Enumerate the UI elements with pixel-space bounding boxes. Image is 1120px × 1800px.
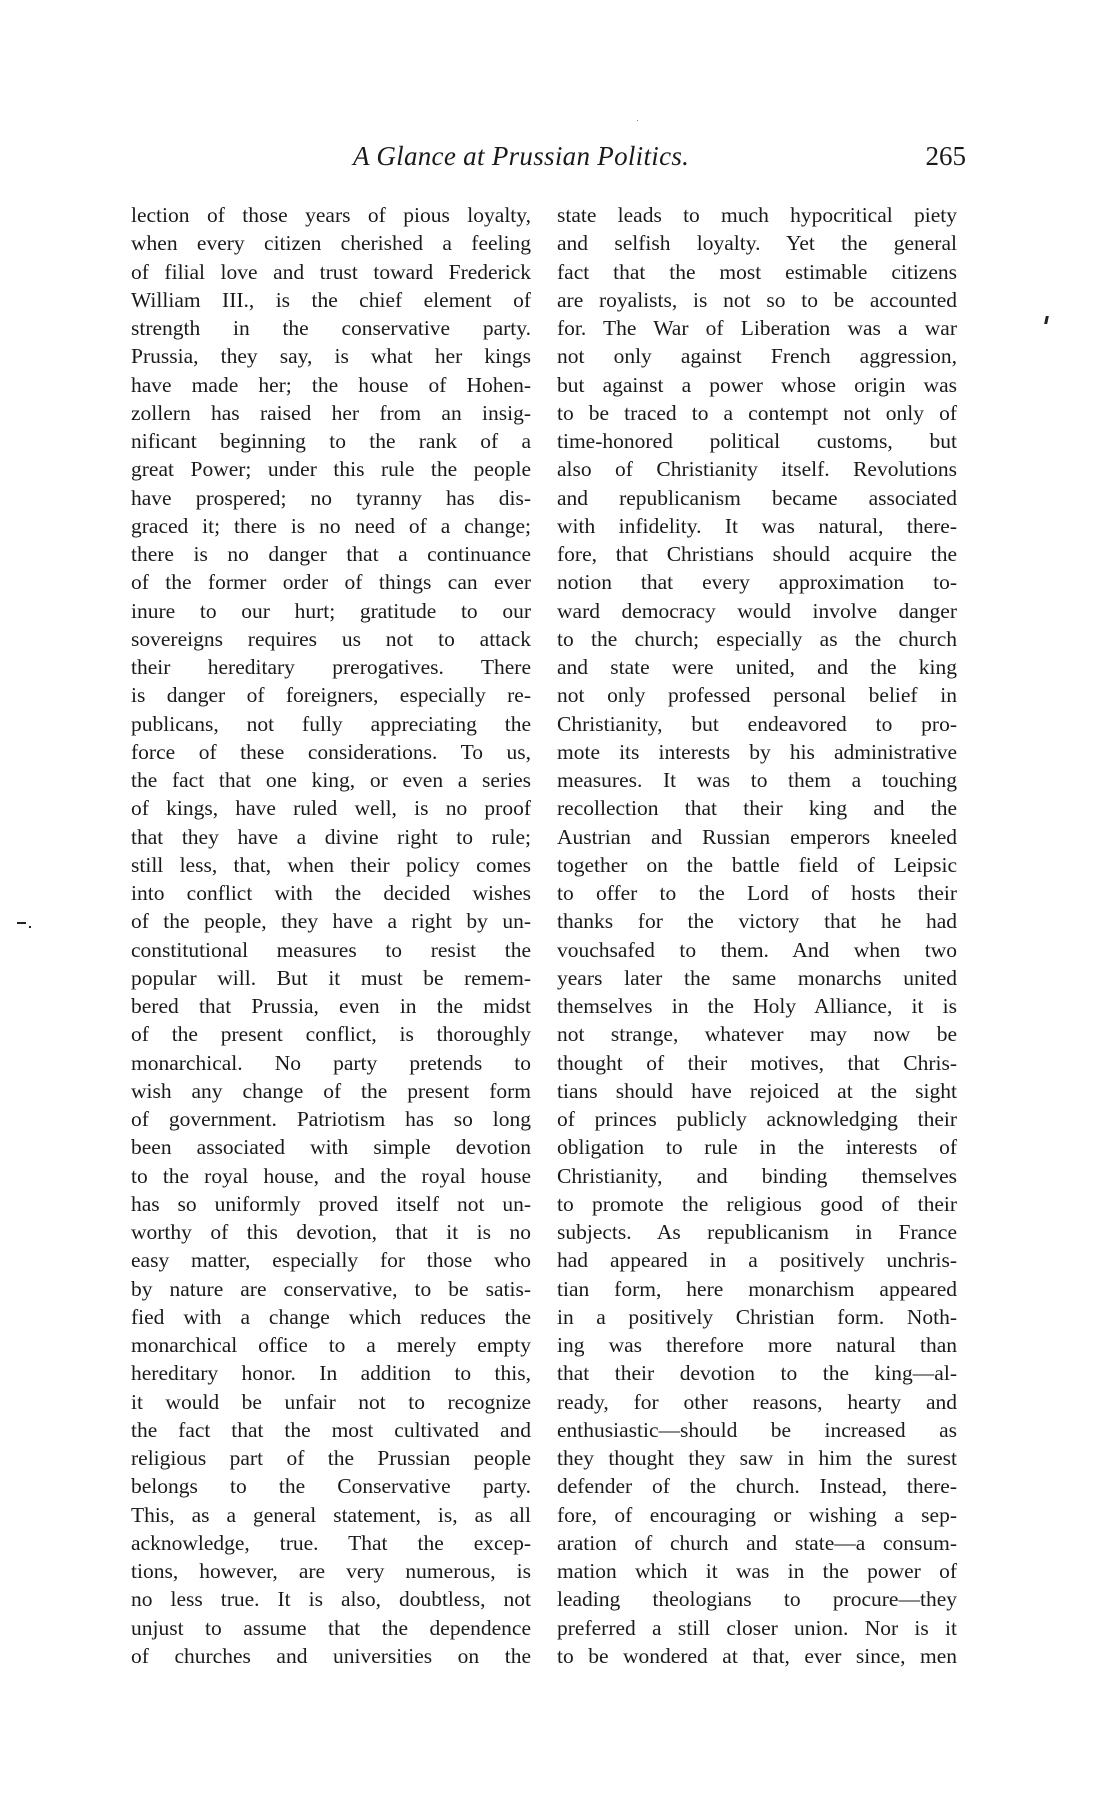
text-line-content: ing was therefore more natural than xyxy=(557,1331,957,1359)
text-line-content: obligation to rule in the interests of xyxy=(557,1133,957,1161)
text-line: themselves in the Holy Alliance, it is xyxy=(557,992,957,1020)
text-line-content: thought of their motives, that Chris- xyxy=(557,1049,957,1077)
text-line-content: not only professed personal belief in xyxy=(557,681,957,709)
text-line: that their devotion to the king—al- xyxy=(557,1359,957,1387)
text-line-content: William III., is the chief element of xyxy=(131,286,531,314)
text-line: ing was therefore more natural than xyxy=(557,1331,957,1359)
text-line-content: together on the battle field of Leipsic xyxy=(557,851,957,879)
text-line: together on the battle field of Leipsic xyxy=(557,851,957,879)
text-line-content: of filial love and trust toward Frederic… xyxy=(131,258,531,286)
text-line-content: it would be unfair not to recognize xyxy=(131,1388,531,1416)
text-line-content: when every citizen cherished a feeling xyxy=(131,229,531,257)
text-line-content: to be traced to a contempt not only of xyxy=(557,399,957,427)
text-line-content: sovereigns requires us not to attack xyxy=(131,625,531,653)
text-line: force of these considerations. To us, xyxy=(131,738,531,766)
text-line: fore, that Christians should acquire the xyxy=(557,540,957,568)
text-line: and republicanism became associated xyxy=(557,484,957,512)
text-line-content: thanks for the victory that he had xyxy=(557,907,957,935)
text-line: to the royal house, and the royal house xyxy=(131,1162,531,1190)
text-line: inure to our hurt; gratitude to our xyxy=(131,597,531,625)
text-line: hereditary honor. In addition to this, xyxy=(131,1359,531,1387)
text-line-content: subjects. As republicanism in France xyxy=(557,1218,957,1246)
text-line: religious part of the Prussian people xyxy=(131,1444,531,1472)
text-line-content: that their devotion to the king—al- xyxy=(557,1359,957,1387)
text-line: time-honored political customs, but xyxy=(557,427,957,455)
text-line-content: religious part of the Prussian people xyxy=(131,1444,531,1472)
text-line-content: to the church; especially as the church xyxy=(557,625,957,653)
text-line: but against a power whose origin was xyxy=(557,371,957,399)
text-line: monarchical office to a merely empty xyxy=(131,1331,531,1359)
text-line-content: of the present conflict, is thoroughly xyxy=(131,1020,531,1048)
text-line: no less true. It is also, doubtless, not xyxy=(131,1585,531,1613)
text-line-content: monarchical office to a merely empty xyxy=(131,1331,531,1359)
text-line: leading theologians to procure—they xyxy=(557,1585,957,1613)
text-line-content: bered that Prussia, even in the midst xyxy=(131,992,531,1020)
text-line-content: of kings, have ruled well, is no proof xyxy=(131,794,531,822)
text-line: Austrian and Russian emperors kneeled xyxy=(557,823,957,851)
text-line: to promote the religious good of their xyxy=(557,1190,957,1218)
text-line-content: notion that every approximation to- xyxy=(557,568,957,596)
text-line: their hereditary prerogatives. There xyxy=(131,653,531,681)
text-line-content: has so uniformly proved itself not un- xyxy=(131,1190,531,1218)
text-line-content: for. The War of Liberation was a war xyxy=(557,314,957,342)
text-line-content: popular will. But it must be remem- xyxy=(131,964,531,992)
text-line: subjects. As republicanism in France xyxy=(557,1218,957,1246)
text-line-content: of princes publicly acknowledging their xyxy=(557,1105,957,1133)
text-line: measures. It was to them a touching xyxy=(557,766,957,794)
text-line-content: with infidelity. It was natural, there- xyxy=(557,512,957,540)
text-line: ready, for other reasons, hearty and xyxy=(557,1388,957,1416)
text-line: have made her; the house of Hohen- xyxy=(131,371,531,399)
text-line-content: of the people, they have a right by un- xyxy=(131,907,531,935)
text-line: unjust to assume that the dependence xyxy=(131,1614,531,1642)
text-line: of government. Patriotism has so long xyxy=(131,1105,531,1133)
text-line: and selfish loyalty. Yet the general xyxy=(557,229,957,257)
text-line: easy matter, especially for those who xyxy=(131,1246,531,1274)
text-line: publicans, not fully appreciating the xyxy=(131,710,531,738)
text-line-content: zollern has raised her from an insig- xyxy=(131,399,531,427)
text-column-left: lection of those years of pious loyalty,… xyxy=(131,201,531,1670)
text-line: Christianity, and binding themselves xyxy=(557,1162,957,1190)
text-line-content: tians should have rejoiced at the sight xyxy=(557,1077,957,1105)
text-line: strength in the conservative party. xyxy=(131,314,531,342)
text-line-content: the fact that the most cultivated and xyxy=(131,1416,531,1444)
text-line: Prussia, they say, is what her kings xyxy=(131,342,531,370)
scan-speck xyxy=(29,926,31,928)
text-line: state leads to much hypocritical piety xyxy=(557,201,957,229)
text-line-content: leading theologians to procure—they xyxy=(557,1585,957,1613)
text-line: tions, however, are very numerous, is xyxy=(131,1557,531,1585)
text-line: to the church; especially as the church xyxy=(557,625,957,653)
text-line: the fact that the most cultivated and xyxy=(131,1416,531,1444)
text-line: has so uniformly proved itself not un- xyxy=(131,1190,531,1218)
text-line: is danger of foreigners, especially re- xyxy=(131,681,531,709)
text-line: mation which it was in the power of xyxy=(557,1557,957,1585)
text-line: also of Christianity itself. Revolutions xyxy=(557,455,957,483)
text-line-content: acknowledge, true. That the excep- xyxy=(131,1529,531,1557)
text-line: years later the same monarchs united xyxy=(557,964,957,992)
text-line-content: fore, of encouraging or wishing a sep- xyxy=(557,1501,957,1529)
text-line: into conflict with the decided wishes xyxy=(131,879,531,907)
text-line-content: measures. It was to them a touching xyxy=(557,766,957,794)
text-line: sovereigns requires us not to attack xyxy=(131,625,531,653)
page-number: 265 xyxy=(916,140,966,172)
text-line-content: years later the same monarchs united xyxy=(557,964,957,992)
text-line: of princes publicly acknowledging their xyxy=(557,1105,957,1133)
text-line-content: constitutional measures to resist the xyxy=(131,936,531,964)
text-line: of churches and universities on the xyxy=(131,1642,531,1670)
text-line: had appeared in a positively unchris- xyxy=(557,1246,957,1274)
text-line: preferred a still closer union. Nor is i… xyxy=(557,1614,957,1642)
text-line-content: also of Christianity itself. Revolutions xyxy=(557,455,957,483)
text-line: to be traced to a contempt not only of xyxy=(557,399,957,427)
text-line-content: to promote the religious good of their xyxy=(557,1190,957,1218)
running-title: A Glance at Prussian Politics. xyxy=(353,140,743,172)
text-line-content: monarchical. No party pretends to xyxy=(131,1049,531,1077)
text-line-content: tian form, here monarchism appeared xyxy=(557,1275,957,1303)
text-line: nificant beginning to the rank of a xyxy=(131,427,531,455)
text-line-content: time-honored political customs, but xyxy=(557,427,957,455)
text-line: bered that Prussia, even in the midst xyxy=(131,992,531,1020)
text-line: been associated with simple devotion xyxy=(131,1133,531,1161)
text-line: of the present conflict, is thoroughly xyxy=(131,1020,531,1048)
text-line: with infidelity. It was natural, there- xyxy=(557,512,957,540)
text-line-content: force of these considerations. To us, xyxy=(131,738,531,766)
text-line-content: state leads to much hypocritical piety xyxy=(557,201,957,229)
text-line-content: and republicanism became associated xyxy=(557,484,957,512)
text-line: constitutional measures to resist the xyxy=(131,936,531,964)
text-line-content: not strange, whatever may now be xyxy=(557,1020,957,1048)
text-line-content: worthy of this devotion, that it is no xyxy=(131,1218,531,1246)
text-line-content: by nature are conservative, to be satis- xyxy=(131,1275,531,1303)
text-line-content: their hereditary prerogatives. There xyxy=(131,653,531,681)
text-line: tian form, here monarchism appeared xyxy=(557,1275,957,1303)
text-line: enthusiastic—should be increased as xyxy=(557,1416,957,1444)
text-line-content: unjust to assume that the dependence xyxy=(131,1614,531,1642)
text-line: recollection that their king and the xyxy=(557,794,957,822)
text-line-content: belongs to the Conservative party. xyxy=(131,1472,531,1500)
text-line-content: been associated with simple devotion xyxy=(131,1133,531,1161)
text-line-content: vouchsafed to them. And when two xyxy=(557,936,957,964)
text-line-content: aration of church and state—a consum- xyxy=(557,1529,957,1557)
text-line-content: Christianity, but endeavored to pro- xyxy=(557,710,957,738)
scan-speck xyxy=(1044,316,1049,324)
text-line-content: defender of the church. Instead, there- xyxy=(557,1472,957,1500)
text-line: great Power; under this rule the people xyxy=(131,455,531,483)
scan-speck xyxy=(17,922,26,924)
text-line: lection of those years of pious loyalty, xyxy=(131,201,531,229)
text-line-content: easy matter, especially for those who xyxy=(131,1246,531,1274)
text-line: mote its interests by his administrative xyxy=(557,738,957,766)
text-line-content: have made her; the house of Hohen- xyxy=(131,371,531,399)
text-line-content: hereditary honor. In addition to this, xyxy=(131,1359,531,1387)
text-line: of kings, have ruled well, is no proof xyxy=(131,794,531,822)
text-line: by nature are conservative, to be satis- xyxy=(131,1275,531,1303)
text-line-content: not only against French aggression, xyxy=(557,342,957,370)
text-line: to be wondered at that, ever since, men xyxy=(557,1642,957,1670)
text-line-content: tions, however, are very numerous, is xyxy=(131,1557,531,1585)
text-line: they thought they saw in him the surest xyxy=(557,1444,957,1472)
text-line-content: that they have a divine right to rule; xyxy=(131,823,531,851)
text-line: have prospered; no tyranny has dis- xyxy=(131,484,531,512)
text-line: and state were united, and the king xyxy=(557,653,957,681)
text-line: vouchsafed to them. And when two xyxy=(557,936,957,964)
text-line: of filial love and trust toward Frederic… xyxy=(131,258,531,286)
text-line-content: have prospered; no tyranny has dis- xyxy=(131,484,531,512)
text-line-content: to be wondered at that, ever since, men xyxy=(557,1642,957,1670)
text-line: belongs to the Conservative party. xyxy=(131,1472,531,1500)
text-line: defender of the church. Instead, there- xyxy=(557,1472,957,1500)
text-line: of the people, they have a right by un- xyxy=(131,907,531,935)
text-line-content: inure to our hurt; gratitude to our xyxy=(131,597,531,625)
text-line: to offer to the Lord of hosts their xyxy=(557,879,957,907)
text-line: for. The War of Liberation was a war xyxy=(557,314,957,342)
text-line: Christianity, but endeavored to pro- xyxy=(557,710,957,738)
text-line: it would be unfair not to recognize xyxy=(131,1388,531,1416)
text-line-content: still less, that, when their policy come… xyxy=(131,851,531,879)
text-line: thought of their motives, that Chris- xyxy=(557,1049,957,1077)
text-line: acknowledge, true. That the excep- xyxy=(131,1529,531,1557)
text-line-content: are royalists, is not so to be accounted xyxy=(557,286,957,314)
text-line-content: fied with a change which reduces the xyxy=(131,1303,531,1331)
text-line-content: but against a power whose origin was xyxy=(557,371,957,399)
text-line: that they have a divine right to rule; xyxy=(131,823,531,851)
text-line-content: nificant beginning to the rank of a xyxy=(131,427,531,455)
text-line-content: preferred a still closer union. Nor is i… xyxy=(557,1614,957,1642)
text-line-content: wish any change of the present form xyxy=(131,1077,531,1105)
text-line-content: to offer to the Lord of hosts their xyxy=(557,879,957,907)
text-line-content: ward democracy would involve danger xyxy=(557,597,957,625)
text-line: monarchical. No party pretends to xyxy=(131,1049,531,1077)
text-line-content: they thought they saw in him the surest xyxy=(557,1444,957,1472)
text-line: still less, that, when their policy come… xyxy=(131,851,531,879)
text-line: in a positively Christian form. Noth- xyxy=(557,1303,957,1331)
text-line-content: fore, that Christians should acquire the xyxy=(557,540,957,568)
text-line: notion that every approximation to- xyxy=(557,568,957,596)
text-line-content: themselves in the Holy Alliance, it is xyxy=(557,992,957,1020)
text-line-content: no less true. It is also, doubtless, not xyxy=(131,1585,531,1613)
text-line: fact that the most estimable citizens xyxy=(557,258,957,286)
text-line: popular will. But it must be remem- xyxy=(131,964,531,992)
text-line-content: of government. Patriotism has so long xyxy=(131,1105,531,1133)
text-line-content: ready, for other reasons, hearty and xyxy=(557,1388,957,1416)
text-line: fore, of encouraging or wishing a sep- xyxy=(557,1501,957,1529)
text-line-content: is danger of foreigners, especially re- xyxy=(131,681,531,709)
text-line-content: Prussia, they say, is what her kings xyxy=(131,342,531,370)
text-line-content: graced it; there is no need of a change; xyxy=(131,512,531,540)
text-line: when every citizen cherished a feeling xyxy=(131,229,531,257)
text-line: there is no danger that a continuance xyxy=(131,540,531,568)
text-line-content: mation which it was in the power of xyxy=(557,1557,957,1585)
text-line: not only against French aggression, xyxy=(557,342,957,370)
text-line-content: strength in the conservative party. xyxy=(131,314,531,342)
text-line-content: great Power; under this rule the people xyxy=(131,455,531,483)
text-line: graced it; there is no need of a change; xyxy=(131,512,531,540)
book-page: A Glance at Prussian Politics. 265 lecti… xyxy=(0,0,1120,1800)
text-line-content: into conflict with the decided wishes xyxy=(131,879,531,907)
text-column-right: state leads to much hypocritical pietyan… xyxy=(557,201,957,1670)
text-line-content: mote its interests by his administrative xyxy=(557,738,957,766)
text-line: ward democracy would involve danger xyxy=(557,597,957,625)
text-line-content: This, as a general statement, is, as all xyxy=(131,1501,531,1529)
text-line-content: and state were united, and the king xyxy=(557,653,957,681)
text-line: fied with a change which reduces the xyxy=(131,1303,531,1331)
text-line: This, as a general statement, is, as all xyxy=(131,1501,531,1529)
text-line: aration of church and state—a consum- xyxy=(557,1529,957,1557)
text-line: wish any change of the present form xyxy=(131,1077,531,1105)
text-line-content: had appeared in a positively unchris- xyxy=(557,1246,957,1274)
text-line: of the former order of things can ever xyxy=(131,568,531,596)
text-line-content: recollection that their king and the xyxy=(557,794,957,822)
text-line-content: of the former order of things can ever xyxy=(131,568,531,596)
text-line: are royalists, is not so to be accounted xyxy=(557,286,957,314)
text-line: zollern has raised her from an insig- xyxy=(131,399,531,427)
text-line: tians should have rejoiced at the sight xyxy=(557,1077,957,1105)
text-line-content: Christianity, and binding themselves xyxy=(557,1162,957,1190)
text-line-content: and selfish loyalty. Yet the general xyxy=(557,229,957,257)
text-line-content: there is no danger that a continuance xyxy=(131,540,531,568)
text-line: thanks for the victory that he had xyxy=(557,907,957,935)
text-line: not only professed personal belief in xyxy=(557,681,957,709)
text-line: William III., is the chief element of xyxy=(131,286,531,314)
text-line-content: Austrian and Russian emperors kneeled xyxy=(557,823,957,851)
text-line-content: lection of those years of pious loyalty, xyxy=(131,201,531,229)
text-line-content: enthusiastic—should be increased as xyxy=(557,1416,957,1444)
text-line-content: to the royal house, and the royal house xyxy=(131,1162,531,1190)
text-line-content: fact that the most estimable citizens xyxy=(557,258,957,286)
text-line: worthy of this devotion, that it is no xyxy=(131,1218,531,1246)
text-line-content: publicans, not fully appreciating the xyxy=(131,710,531,738)
text-line-content: of churches and universities on the xyxy=(131,1642,531,1670)
text-line-content: in a positively Christian form. Noth- xyxy=(557,1303,957,1331)
text-line: not strange, whatever may now be xyxy=(557,1020,957,1048)
text-line: the fact that one king, or even a series xyxy=(131,766,531,794)
scan-speck xyxy=(637,120,638,121)
text-line: obligation to rule in the interests of xyxy=(557,1133,957,1161)
text-line-content: the fact that one king, or even a series xyxy=(131,766,531,794)
